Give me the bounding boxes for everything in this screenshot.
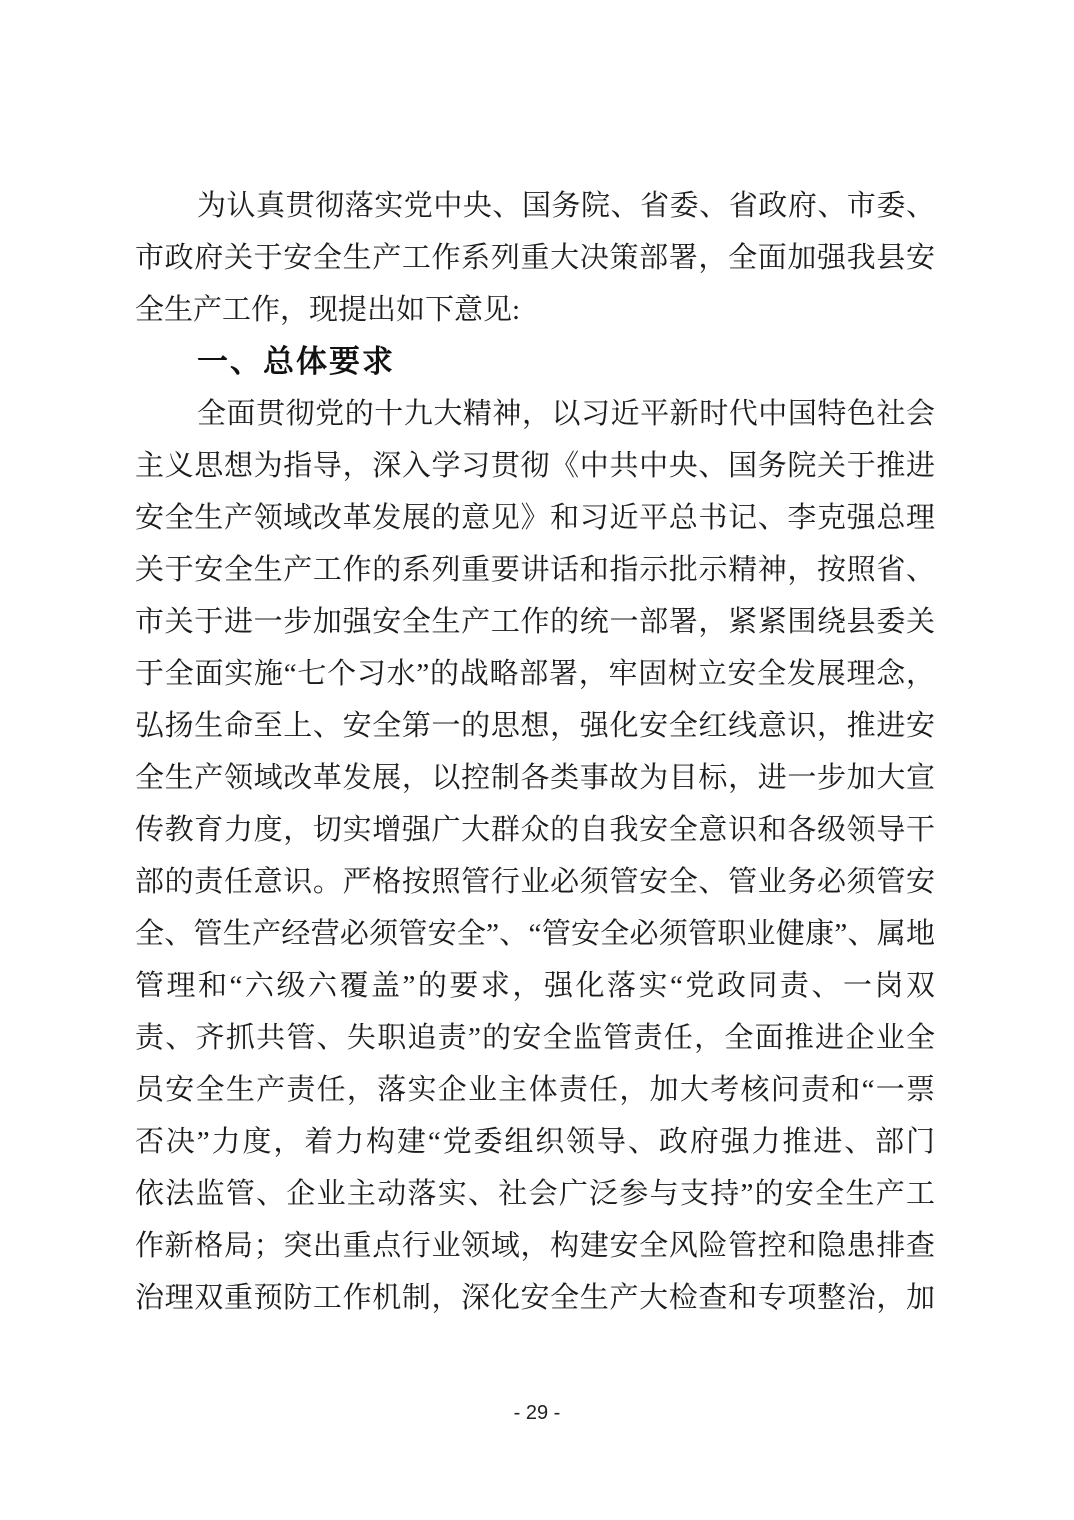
text-line: 市关于进一步加强安全生产工作的统一部署，紧紧围绕县委关 — [135, 596, 935, 648]
text-line: 关于安全生产工作的系列重要讲话和指示批示精神，按照省、 — [135, 544, 935, 596]
text-line: 治理双重预防工作机制，深化安全生产大检查和专项整治，加 — [135, 1272, 935, 1324]
text-line: 责、齐抓共管、失职追责”的安全监管责任，全面推进企业全 — [135, 1012, 935, 1064]
text-line: 于全面实施“七个习水”的战略部署，牢固树立安全发展理念， — [135, 648, 935, 700]
text-line: 全面贯彻党的十九大精神，以习近平新时代中国特色社会 — [135, 388, 935, 440]
text-line: 为认真贯彻落实党中央、国务院、省委、省政府、市委、 — [135, 180, 935, 232]
text-line: 安全生产领域改革发展的意见》和习近平总书记、李克强总理 — [135, 492, 935, 544]
text-line: 弘扬生命至上、安全第一的思想，强化安全红线意识，推进安 — [135, 700, 935, 752]
text-line: 员安全生产责任，落实企业主体责任，加大考核问责和“一票 — [135, 1064, 935, 1116]
text-line: 传教育力度，切实增强广大群众的自我安全意识和各级领导干 — [135, 804, 935, 856]
text-line: 全、管生产经营必须管安全”、“管安全必须管职业健康”、属地 — [135, 908, 935, 960]
text-line: 作新格局；突出重点行业领域，构建安全风险管控和隐患排查 — [135, 1220, 935, 1272]
text-line: 否决”力度，着力构建“党委组织领导、政府强力推进、部门 — [135, 1116, 935, 1168]
page-number: - 29 - — [0, 1402, 1074, 1425]
text-line: 部的责任意识。严格按照管行业必须管安全、管业务必须管安 — [135, 856, 935, 908]
text-line: 全生产领域改革发展，以控制各类事故为目标，进一步加大宣 — [135, 752, 935, 804]
document-body: 为认真贯彻落实党中央、国务院、省委、省政府、市委、市政府关于安全生产工作系列重大… — [135, 180, 935, 1324]
text-line: 主义思想为指导，深入学习贯彻《中共中央、国务院关于推进 — [135, 440, 935, 492]
text-line: 管理和“六级六覆盖”的要求，强化落实“党政同责、一岗双 — [135, 960, 935, 1012]
text-line: 市政府关于安全生产工作系列重大决策部署，全面加强我县安 — [135, 232, 935, 284]
document-page: 为认真贯彻落实党中央、国务院、省委、省政府、市委、市政府关于安全生产工作系列重大… — [0, 0, 1074, 1520]
text-line: 依法监管、企业主动落实、社会广泛参与支持”的安全生产工 — [135, 1168, 935, 1220]
text-line: 全生产工作，现提出如下意见: — [135, 284, 935, 336]
section-heading: 一、总体要求 — [135, 336, 935, 388]
